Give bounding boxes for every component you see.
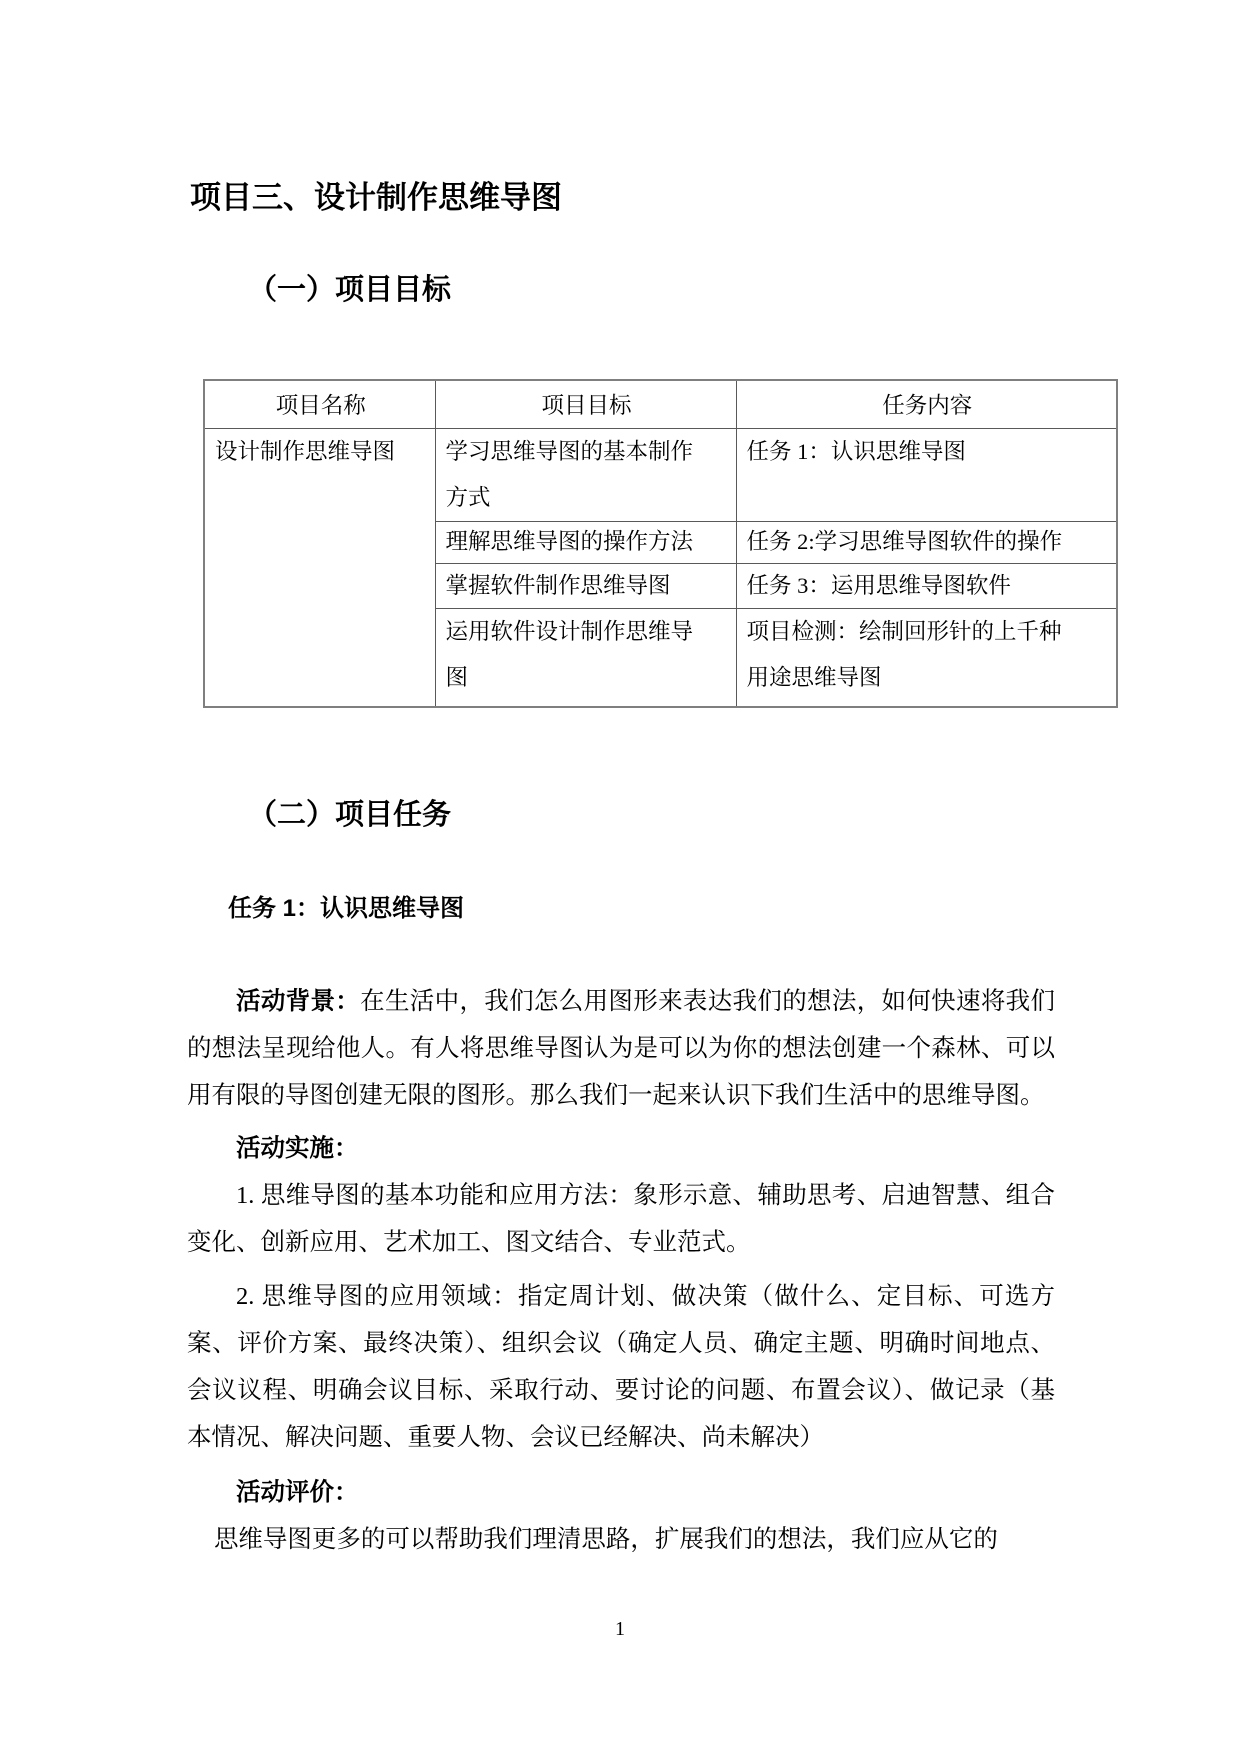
document-title-main: 设计制作思维导图 (314, 180, 562, 215)
goal-cell: 掌握软件制作思维导图 (435, 563, 736, 608)
activity-background-paragraph: 活动背景：在生活中，我们怎么用图形来表达我们的想法，如何快速将我们的想法呈现给他… (187, 978, 1055, 1119)
page-number: 1 (0, 1616, 1240, 1642)
project-name-cell: 设计制作思维导图 (204, 428, 435, 707)
implementation-item-1: 1. 思维导图的基本功能和应用方法：象形示意、辅助思考、启迪智慧、组合变化、创新… (187, 1172, 1055, 1266)
activity-evaluation-label: 活动评价： (236, 1479, 359, 1506)
table-header-project-name: 项目名称 (204, 380, 435, 428)
activity-implementation-label: 活动实施： (236, 1135, 359, 1162)
activity-evaluation-label-line: 活动评价： (187, 1469, 1055, 1516)
activity-implementation-label-line: 活动实施： (187, 1125, 1055, 1172)
table-header-row: 项目名称 项目目标 任务内容 (204, 380, 1117, 428)
table-header-task-content: 任务内容 (736, 380, 1117, 428)
task-cell: 任务 1：认识思维导图 (736, 428, 1117, 521)
goal-cell: 理解思维导图的操作方法 (435, 521, 736, 563)
activity-evaluation-paragraph: 思维导图更多的可以帮助我们理清思路，扩展我们的想法，我们应从它的 (187, 1516, 1055, 1563)
task1-heading: 任务 1：认识思维导图 (228, 893, 464, 925)
implementation-item-2: 2. 思维导图的应用领域：指定周计划、做决策（做什么、定目标、可选方案、评价方案… (187, 1273, 1055, 1461)
section-goal-heading: （一）项目目标 (248, 271, 451, 309)
section-tasks-heading: （二）项目任务 (248, 796, 451, 834)
table-row: 设计制作思维导图 学习思维导图的基本制作 方式 任务 1：认识思维导图 (204, 428, 1117, 521)
goal-cell: 运用软件设计制作思维导 图 (435, 608, 736, 707)
document-title-prefix: 项目三、 (190, 180, 314, 215)
activity-background-label: 活动背景： (236, 988, 360, 1015)
task-cell: 任务 2:学习思维导图软件的操作 (736, 521, 1117, 563)
goal-cell: 学习思维导图的基本制作 方式 (435, 428, 736, 521)
project-goal-table: 项目名称 项目目标 任务内容 设计制作思维导图 学习思维导图的基本制作 方式 任… (203, 379, 1118, 708)
task-cell: 项目检测：绘制回形针的上千种 用途思维导图 (736, 608, 1117, 707)
task-cell: 任务 3：运用思维导图软件 (736, 563, 1117, 608)
task1-body: 活动背景：在生活中，我们怎么用图形来表达我们的想法，如何快速将我们的想法呈现给他… (187, 978, 1055, 1563)
document-title: 项目三、设计制作思维导图 (190, 178, 562, 218)
document-page: 项目三、设计制作思维导图 （一）项目目标 项目名称 项目目标 任务内容 设计制作… (0, 0, 1240, 1753)
table-header-project-goal: 项目目标 (435, 380, 736, 428)
